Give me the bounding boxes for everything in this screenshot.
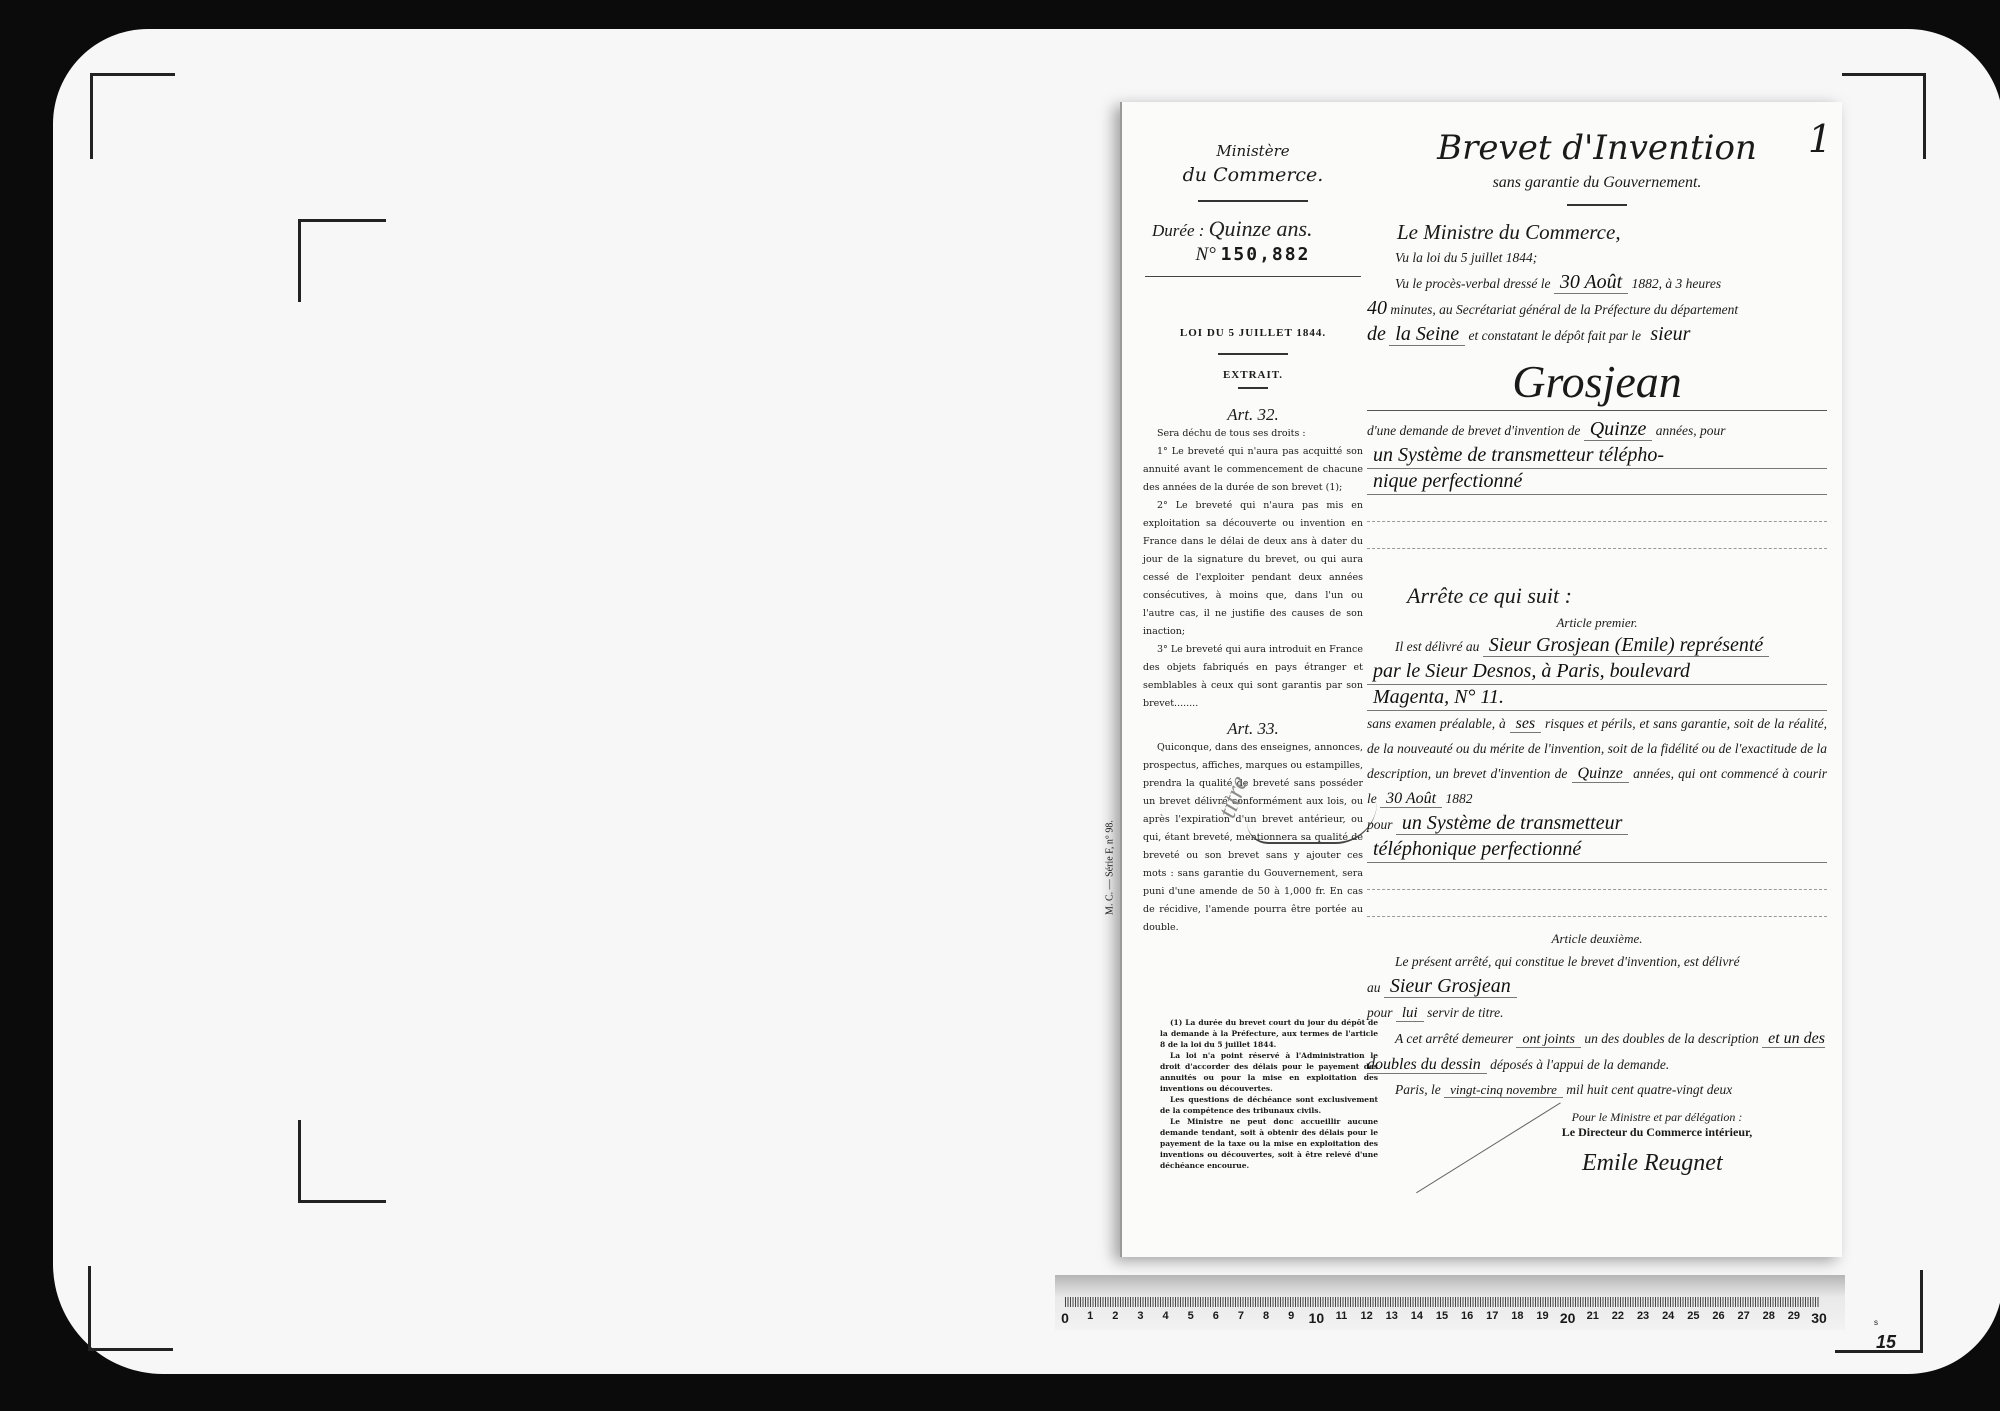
vu-loi: Vu la loi du 5 juillet 1844; bbox=[1367, 245, 1827, 270]
ruler-label: 4 bbox=[1162, 1310, 1168, 1322]
duration-field: Durée : Quinze ans. bbox=[1137, 216, 1369, 242]
applicant-name: Grosjean bbox=[1367, 354, 1827, 411]
demande-suffix: années, pour bbox=[1656, 423, 1726, 438]
a2-au: au bbox=[1367, 980, 1381, 995]
law-title: LOI DU 5 JUILLET 1844. bbox=[1137, 327, 1369, 339]
corner-mark-bottom-left bbox=[88, 1266, 173, 1351]
ruler-label: 27 bbox=[1737, 1310, 1749, 1322]
footnotes: (1) La durée du brevet court du jour du … bbox=[1160, 1017, 1378, 1171]
proces-verbal: Vu le procès-verbal dressé le 30 Août 18… bbox=[1367, 270, 1827, 296]
a1-date: 30 Août bbox=[1380, 790, 1442, 808]
ruler-label: 25 bbox=[1687, 1310, 1699, 1322]
blank-line bbox=[1367, 522, 1827, 549]
paris-prefix: Paris, le bbox=[1395, 1082, 1441, 1097]
a1-invention-line2: téléphonique perfectionné bbox=[1367, 837, 1827, 863]
inner-mark-bottom-left bbox=[298, 1120, 386, 1203]
corner-mark-top-left bbox=[90, 73, 175, 159]
a2-lui: lui bbox=[1396, 1005, 1424, 1022]
footnote: Les questions de déchéance sont exclusiv… bbox=[1160, 1094, 1378, 1116]
ruler-label: 12 bbox=[1360, 1310, 1372, 1322]
article1-body: sans examen préalable, à ses risques et … bbox=[1367, 711, 1827, 811]
art32-paragraph: Sera déchu de tous ses droits : bbox=[1143, 425, 1363, 443]
ruler-label: 10 bbox=[1309, 1310, 1325, 1326]
ruler-label: 23 bbox=[1637, 1310, 1649, 1322]
pv-line2: 40 minutes, au Secrétariat général de la… bbox=[1367, 296, 1827, 322]
ruler-label: 30 bbox=[1811, 1310, 1827, 1326]
ruler-label: 20 bbox=[1560, 1310, 1576, 1326]
short-divider bbox=[1238, 387, 1268, 389]
ruler-label: 17 bbox=[1486, 1310, 1498, 1322]
ruler-label: 14 bbox=[1411, 1310, 1423, 1322]
page-number: 1 bbox=[1808, 117, 1832, 161]
demande-duration: Quinze bbox=[1584, 418, 1653, 441]
art32-text: Sera déchu de tous ses droits : 1° Le br… bbox=[1137, 425, 1369, 713]
ruler-label: 6 bbox=[1213, 1310, 1219, 1322]
divider bbox=[1145, 276, 1361, 277]
patent-number-field: N° 150,882 bbox=[1137, 244, 1369, 266]
art32-paragraph: 1° Le breveté qui n'aura pas acquitté so… bbox=[1143, 443, 1363, 497]
a1-name: Sieur Grosjean (Emile) représenté bbox=[1483, 634, 1770, 657]
a2-body2-prefix: A cet arrêté demeurer bbox=[1395, 1031, 1513, 1046]
arrete-heading: Arrête ce qui suit : bbox=[1407, 583, 1827, 609]
blank-line bbox=[1367, 495, 1827, 522]
ruler-label: 1 bbox=[1087, 1310, 1093, 1322]
demande-prefix: d'une demande de brevet d'invention de bbox=[1367, 423, 1580, 438]
paris-year: mil huit cent quatre-vingt deux bbox=[1566, 1082, 1732, 1097]
a2-ont-joints: ont joints bbox=[1516, 1032, 1581, 1048]
ornament-divider bbox=[1198, 200, 1308, 202]
pv-line3: de la Seine et constatant le dépôt fait … bbox=[1367, 322, 1827, 348]
article1-line2: par le Sieur Desnos, à Paris, boulevard bbox=[1367, 659, 1827, 685]
article1-line1: Il est délivré au Sieur Grosjean (Emile)… bbox=[1367, 633, 1827, 659]
art32-title: Art. 32. bbox=[1137, 405, 1369, 425]
a1-body1: sans examen préalable, à bbox=[1367, 716, 1506, 731]
pv-mid: minutes, au Secrétariat général de la Pr… bbox=[1390, 302, 1738, 317]
ruler-label: 18 bbox=[1511, 1310, 1523, 1322]
paris-date-line: Paris, le vingt-cinq novembre mil huit c… bbox=[1367, 1077, 1827, 1102]
article2-name-line: au Sieur Grosjean bbox=[1367, 974, 1827, 1000]
sieur: sieur bbox=[1644, 323, 1696, 345]
article1-invention: pour un Système de transmetteur téléphon… bbox=[1367, 811, 1827, 863]
a1-pour: pour bbox=[1367, 817, 1393, 832]
a1-invention-line1: un Système de transmetteur bbox=[1396, 812, 1629, 835]
corner-mark-top-right bbox=[1842, 73, 1926, 159]
a1-duration: Quinze bbox=[1572, 765, 1629, 783]
pv-minutes: 40 bbox=[1367, 297, 1387, 319]
a1-line2: par le Sieur Desnos, à Paris, boulevard bbox=[1367, 659, 1827, 685]
blank-line bbox=[1367, 890, 1827, 917]
number-label: N° bbox=[1196, 244, 1216, 265]
duration-value: Quinze ans. bbox=[1209, 216, 1313, 241]
ruler-label: 13 bbox=[1386, 1310, 1398, 1322]
pv-de: de bbox=[1367, 323, 1386, 345]
signature: Emile Reugnet bbox=[1582, 1150, 1827, 1177]
invention-title: un Système de transmetteur télépho- niqu… bbox=[1367, 443, 1827, 495]
art33-title: Art. 33. bbox=[1137, 719, 1369, 739]
article1-line3: Magenta, N° 11. bbox=[1367, 685, 1827, 711]
a2-pour: pour bbox=[1367, 1005, 1393, 1020]
document-title: Brevet d'Invention bbox=[1367, 128, 1827, 168]
article2-body2: A cet arrêté demeurer ont joints un des … bbox=[1367, 1026, 1827, 1077]
a1-prefix: Il est délivré au bbox=[1395, 639, 1479, 654]
ruler-label: 15 bbox=[1436, 1310, 1448, 1322]
demande-line: d'une demande de brevet d'invention de Q… bbox=[1367, 417, 1827, 443]
paris-date: vingt-cinq novembre bbox=[1444, 1082, 1563, 1098]
a1-line3: Magenta, N° 11. bbox=[1367, 685, 1827, 711]
footnote: La loi n'a point réservé à l'Administrat… bbox=[1160, 1050, 1378, 1094]
duration-label: Durée : bbox=[1152, 221, 1204, 240]
folio-small-mark: s bbox=[1874, 1318, 1878, 1327]
extract-label: EXTRAIT. bbox=[1137, 369, 1369, 381]
department: la Seine bbox=[1389, 323, 1465, 346]
invention-line1: un Système de transmetteur télépho- bbox=[1367, 443, 1827, 469]
ruler-label: 7 bbox=[1238, 1310, 1244, 1322]
ruler-label: 11 bbox=[1336, 1310, 1348, 1322]
article1-title: Article premier. bbox=[1367, 615, 1827, 631]
ruler-label: 29 bbox=[1788, 1310, 1800, 1322]
ornament-divider bbox=[1218, 353, 1288, 355]
patent-document: Ministère du Commerce. Durée : Quinze an… bbox=[1120, 102, 1842, 1257]
series-reference: M. C. — Série F, n° 98. bbox=[1105, 808, 1116, 928]
ruler-label: 28 bbox=[1763, 1310, 1775, 1322]
ruler-label: 16 bbox=[1461, 1310, 1473, 1322]
blank-line bbox=[1367, 863, 1827, 890]
ruler-label: 3 bbox=[1137, 1310, 1143, 1322]
pv-year-time: 1882, à 3 heures bbox=[1632, 276, 1722, 291]
article2-body1: Le présent arrêté, qui constitue le brev… bbox=[1367, 949, 1827, 974]
ruler-label: 0 bbox=[1061, 1310, 1069, 1326]
ministry-line2: du Commerce. bbox=[1137, 164, 1369, 186]
art32-paragraph: 2° Le breveté qui n'aura pas mis en expl… bbox=[1143, 497, 1363, 641]
minister-heading: Le Ministre du Commerce, bbox=[1397, 220, 1827, 245]
ruler-label: 8 bbox=[1263, 1310, 1269, 1322]
ruler-label: 22 bbox=[1612, 1310, 1624, 1322]
ruler-label: 2 bbox=[1112, 1310, 1118, 1322]
a2-body2-suffix: déposés à l'appui de la demande. bbox=[1490, 1057, 1669, 1072]
ruler-label: 26 bbox=[1712, 1310, 1724, 1322]
ruler-label: 9 bbox=[1288, 1310, 1294, 1322]
ruler-ticks bbox=[1065, 1297, 1819, 1307]
pv-prefix: Vu le procès-verbal dressé le bbox=[1395, 276, 1550, 291]
a2-body2-mid: un des doubles de la description bbox=[1584, 1031, 1758, 1046]
document-subtitle: sans garantie du Gouvernement. bbox=[1367, 174, 1827, 192]
a2-servir: servir de titre. bbox=[1427, 1005, 1503, 1020]
footnote: (1) La durée du brevet court du jour du … bbox=[1160, 1017, 1378, 1050]
pv-date: 30 Août bbox=[1554, 271, 1628, 294]
folio-number: 15 bbox=[1876, 1332, 1896, 1353]
ministry-line1: Ministère bbox=[1137, 142, 1369, 160]
footnote: Le Ministre ne peut donc accueillir aucu… bbox=[1160, 1116, 1378, 1171]
a2-name: Sieur Grosjean bbox=[1384, 975, 1517, 998]
article2-title: Article deuxième. bbox=[1367, 931, 1827, 947]
ruler-label: 19 bbox=[1536, 1310, 1548, 1322]
art32-paragraph: 3° Le breveté qui aura introduit en Fran… bbox=[1143, 641, 1363, 713]
main-column: 1 Brevet d'Invention sans garantie du Go… bbox=[1367, 122, 1827, 1177]
patent-number: 150,882 bbox=[1221, 244, 1311, 265]
a1-year: 1882 bbox=[1445, 791, 1472, 806]
measurement-ruler: 0123456789101112131415161718192021222324… bbox=[1055, 1275, 1845, 1330]
a1-ses: ses bbox=[1510, 715, 1542, 733]
pv-depot: et constatant le dépôt fait par le bbox=[1469, 328, 1641, 343]
ruler-label: 5 bbox=[1188, 1310, 1194, 1322]
article2-pour-line: pour lui servir de titre. bbox=[1367, 1000, 1827, 1026]
ornament-divider bbox=[1567, 204, 1627, 206]
ruler-label: 21 bbox=[1587, 1310, 1599, 1322]
inner-mark-top-left bbox=[298, 219, 386, 302]
invention-line2: nique perfectionné bbox=[1367, 469, 1827, 495]
ruler-label: 24 bbox=[1662, 1310, 1674, 1322]
